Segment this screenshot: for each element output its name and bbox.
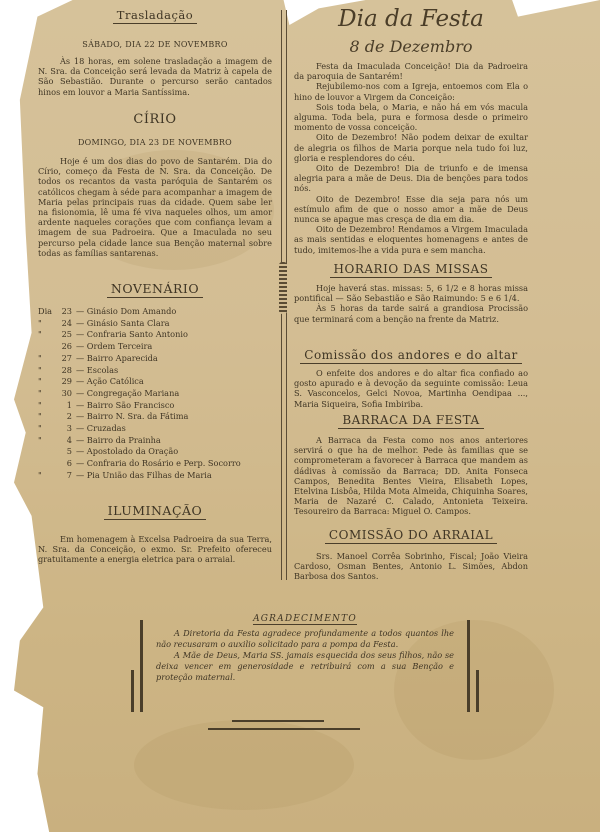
novenario-group: Ginásio Santa Clara — [87, 318, 170, 328]
novenario-group: Bairro São Francisco — [87, 400, 175, 410]
frame-bar — [476, 670, 479, 712]
novenario-item: "3— Cruzadas — [38, 423, 241, 435]
dash: — — [76, 353, 84, 363]
day-number: 29 — [58, 376, 72, 388]
novenario-group: Bairro N. Sra. da Fátima — [87, 411, 189, 421]
day-number: 6 — [58, 458, 72, 470]
cirio-title: CÍRIO — [38, 112, 272, 127]
novenario-group: Ginásio Dom Amando — [87, 306, 177, 316]
novenario-list: Dia23— Ginásio Dom Amando"24— Ginásio Sa… — [38, 306, 241, 482]
day-prefix: " — [38, 423, 58, 435]
novenario-title: NOVENÁRIO — [38, 281, 272, 296]
novenario-item: 5— Apostolado da Oração — [38, 446, 241, 458]
dash: — — [76, 435, 84, 445]
arraial-text: Srs. Manoel Corrêa Sobrinho, Fiscal; Joã… — [294, 551, 528, 582]
dash: — — [76, 423, 84, 433]
day-number: 2 — [58, 411, 72, 423]
day-prefix: " — [38, 365, 58, 377]
novenario-group: Ordem Terceira — [87, 341, 153, 351]
iluminacao-title-text: ILUMINAÇÃO — [104, 503, 207, 520]
barraca-text: A Barraca da Festa como nos anos anterio… — [294, 435, 528, 517]
horario-text: Hoje haverá stas. missas: 5, 6 1/2 e 8 h… — [294, 283, 528, 324]
novenario-group: Confraria Santo Antonio — [87, 329, 188, 339]
decorative-rule — [208, 728, 360, 730]
agradecimento-title: AGRADECIMENTO — [126, 614, 484, 624]
day-number: 27 — [58, 353, 72, 365]
dash: — — [76, 446, 84, 456]
iluminacao-text: Em homenagem à Excelsa Padroeira da sua … — [38, 534, 272, 565]
traslado-text: Às 18 horas, em solene trasladação a ima… — [38, 56, 272, 97]
paragraph: Oito de Dezembro! Não podem deixar de ex… — [294, 132, 528, 163]
frame-bar — [140, 620, 143, 712]
barraca-title-text: BARRACA DA FESTA — [338, 413, 483, 429]
day-prefix: " — [38, 329, 58, 341]
paragraph: Sois toda bela, o Maria, e não há em vós… — [294, 102, 528, 133]
dash: — — [76, 329, 84, 339]
novenario-group: Bairro da Prainha — [87, 435, 161, 445]
arraial-title-text: COMISSÃO DO ARRAIAL — [325, 528, 497, 544]
novenario-item: "28— Escolas — [38, 365, 241, 377]
stain — [134, 720, 354, 810]
novenario-group: Escolas — [87, 365, 118, 375]
dash: — — [76, 376, 84, 386]
day-prefix: " — [38, 388, 58, 400]
day-prefix: " — [38, 411, 58, 423]
agradecimento-box: AGRADECIMENTO A Diretoria da Festa agrad… — [126, 612, 484, 717]
novenario-group: Congregação Mariana — [87, 388, 179, 398]
novenario-item: "7— Pia União das Filhas de Maria — [38, 470, 241, 482]
novenario-item: "2— Bairro N. Sra. da Fátima — [38, 411, 241, 423]
day-prefix: " — [38, 435, 58, 447]
day-prefix: Dia — [38, 306, 58, 318]
novenario-item: "29— Ação Católica — [38, 376, 241, 388]
dia-festa-date: 8 de Dezembro — [294, 37, 528, 56]
novenario-title-text: NOVENÁRIO — [107, 281, 203, 298]
day-number: 1 — [58, 400, 72, 412]
novenario-item: "25— Confraria Santo Antonio — [38, 329, 241, 341]
cirio-text: Hoje é um dos dias do povo de Santarém. … — [38, 156, 272, 258]
novenario-item: Dia23— Ginásio Dom Amando — [38, 306, 241, 318]
day-prefix: " — [38, 400, 58, 412]
paragraph: Oito de Dezembro! Rendamos a Virgem Imac… — [294, 224, 528, 255]
novenario-group: Bairro Aparecida — [87, 353, 158, 363]
day-number: 3 — [58, 423, 72, 435]
day-prefix: " — [38, 353, 58, 365]
agradecimento-title-text: AGRADECIMENTO — [253, 614, 357, 625]
day-number: 25 — [58, 329, 72, 341]
paragraph: Às 5 horas da tarde sairá a grandiosa Pr… — [294, 303, 528, 323]
barraca-title: BARRACA DA FESTA — [294, 413, 528, 427]
novenario-group: Ação Católica — [87, 376, 144, 386]
day-number: 23 — [58, 306, 72, 318]
novenario-item: "4— Bairro da Prainha — [38, 435, 241, 447]
dia-festa-title: Dia da Festa — [294, 6, 528, 32]
cirio-title-text: CÍRIO — [129, 112, 180, 128]
paragraph: Hoje haverá stas. missas: 5, 6 1/2 e 8 h… — [294, 283, 528, 303]
andores-title: Comissão dos andores e do altar — [294, 348, 528, 362]
novenario-item: 26— Ordem Terceira — [38, 341, 241, 353]
dash: — — [76, 318, 84, 328]
day-prefix: " — [38, 318, 58, 330]
novenario-item: 6— Confraria do Rosário e Perp. Socorro — [38, 458, 241, 470]
arraial-title: COMISSÃO DO ARRAIAL — [294, 528, 528, 542]
day-number: 7 — [58, 470, 72, 482]
dash: — — [76, 470, 84, 480]
frame-bar — [131, 670, 134, 712]
novenario-item: "30— Congregação Mariana — [38, 388, 241, 400]
andores-title-text: Comissão dos andores e do altar — [300, 348, 521, 364]
traslado-title: Trasladação — [38, 8, 272, 22]
cirio-subtitle: DOMINGO, DIA 23 DE NOVEMBRO — [38, 138, 272, 147]
paragraph: A Diretoria da Festa agradece profundame… — [156, 628, 454, 650]
day-number: 26 — [58, 341, 72, 353]
dash: — — [76, 365, 84, 375]
paragraph: Oito de Dezembro! Esse dia seja para nós… — [294, 194, 528, 225]
novenario-group: Confraria do Rosário e Perp. Socorro — [87, 458, 241, 468]
dash: — — [76, 388, 84, 398]
day-number: 30 — [58, 388, 72, 400]
novenario-item: "27— Bairro Aparecida — [38, 353, 241, 365]
horario-title: HORARIO DAS MISSAS — [294, 262, 528, 276]
day-prefix: " — [38, 376, 58, 388]
day-number: 28 — [58, 365, 72, 377]
iluminacao-title: ILUMINAÇÃO — [38, 503, 272, 518]
day-prefix: " — [38, 470, 58, 482]
dash: — — [76, 400, 84, 410]
divider-ornament — [279, 262, 287, 314]
frame-bar — [467, 620, 470, 712]
traslado-subtitle: SÁBADO, DIA 22 DE NOVEMBRO — [38, 40, 272, 49]
day-number: 24 — [58, 318, 72, 330]
agradecimento-text: A Diretoria da Festa agradece profundame… — [156, 628, 454, 683]
andores-text: O enfeite dos andores e do altar fica co… — [294, 368, 528, 409]
novenario-item: "1— Bairro São Francisco — [38, 400, 241, 412]
day-number: 4 — [58, 435, 72, 447]
novenario-group: Apostolado da Oração — [87, 446, 178, 456]
dash: — — [76, 411, 84, 421]
traslado-title-text: Trasladação — [113, 8, 197, 24]
dash: — — [76, 458, 84, 468]
dash: — — [76, 341, 84, 351]
paragraph: Festa da Imaculada Conceição! Dia da Pad… — [294, 61, 528, 81]
novenario-group: Cruzadas — [87, 423, 126, 433]
novenario-group: Pia União das Filhas de Maria — [87, 470, 212, 480]
horario-title-text: HORARIO DAS MISSAS — [330, 262, 493, 278]
dash: — — [76, 306, 84, 316]
day-number: 5 — [58, 446, 72, 458]
dia-festa-text: Festa da Imaculada Conceição! Dia da Pad… — [294, 61, 528, 255]
novenario-item: "24— Ginásio Santa Clara — [38, 318, 241, 330]
paragraph: Rejubilemo-nos com a Igreja, entoemos co… — [294, 81, 528, 101]
paragraph: Oito de Dezembro! Dia de triunfo e de im… — [294, 163, 528, 194]
paragraph: A Mãe de Deus, Maria SS. jamais esquecid… — [156, 650, 454, 683]
decorative-rule — [232, 720, 324, 722]
